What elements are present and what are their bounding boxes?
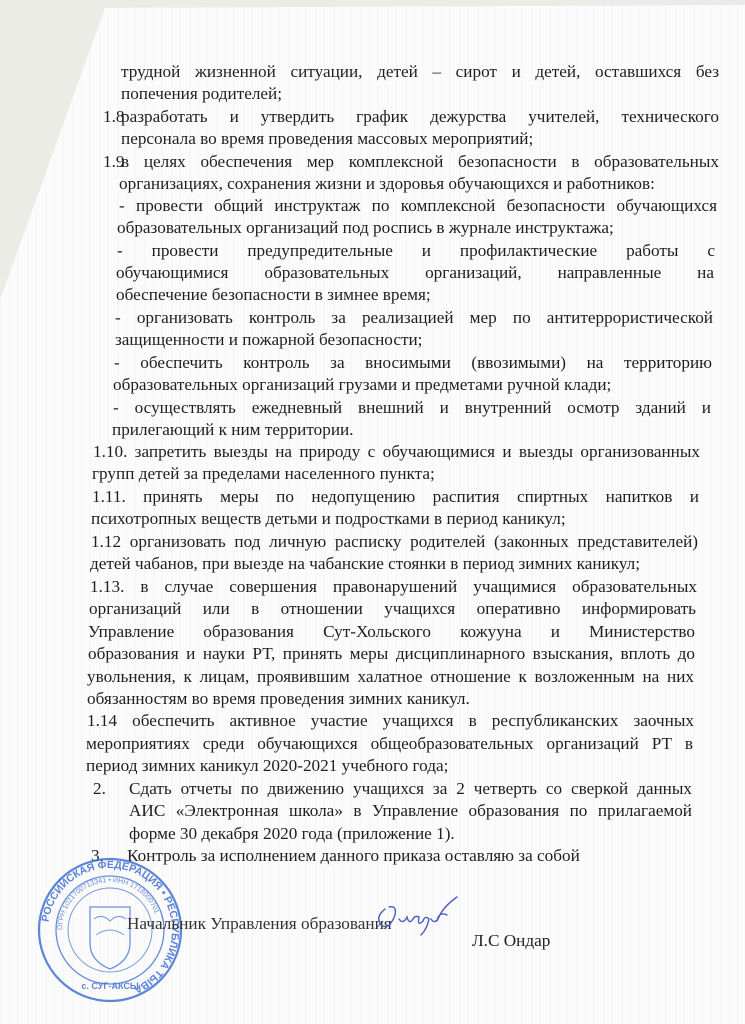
handwritten-signature-icon <box>373 895 463 937</box>
document-line: - организовать контроль за реализацией м… <box>115 307 713 328</box>
document-line: 1.13. в случае совершения правонарушений… <box>90 576 697 597</box>
document-line: попечения родителей; <box>121 83 719 104</box>
document-line: персонала во время проведения массовых м… <box>121 128 719 149</box>
document-line: - провести предупредительные и профилакт… <box>117 240 715 261</box>
document-line: организациях, сохранения жизни и здоровь… <box>119 173 717 194</box>
document-line: трудной жизненной ситуации, детей – сиро… <box>121 61 719 82</box>
document-line: увольнения, к лицам, проявившим халатное… <box>87 666 694 687</box>
document-line: - осуществлять ежедневный внешний и внут… <box>113 397 711 418</box>
document-line: детей чабанов, при выезде на чабанские с… <box>90 553 697 574</box>
document-line: - обеспечить контроль за вносимыми (ввоз… <box>114 352 712 373</box>
document-line: образования и науки РТ, принять меры дис… <box>88 643 695 664</box>
document-line: защищенности и пожарной безопасности; <box>115 329 713 350</box>
document-line: обязанностям во время проведения зимних … <box>87 688 694 709</box>
document-line: мероприятиях среди обучающихся общеобраз… <box>86 733 693 754</box>
document-line: Сдать отчеты по движению учащихся за 2 ч… <box>129 778 692 799</box>
document-line: разработать и утвердить график дежурства… <box>121 106 719 127</box>
item-number: 1.8 <box>103 106 124 127</box>
item-number: 2. <box>93 778 106 799</box>
signatory-position: Начальник Управления образования <box>127 914 392 934</box>
document-line: в целях обеспечения мер комплексной безо… <box>121 151 719 172</box>
svg-text:с. СУГ-АКСЫ: с. СУГ-АКСЫ <box>81 981 138 991</box>
document-line: 1.14 обеспечить активное участие учащихс… <box>87 710 694 731</box>
document-line: обеспечение безопасности в зимнее время; <box>116 284 714 305</box>
document-line: - провести общий инструктаж по комплексн… <box>119 195 717 216</box>
document-line: прилегающий к ним территории. <box>112 419 710 440</box>
document-line: обучающимися образовательных организаций… <box>116 262 714 283</box>
document-line: 1.10. запретить выезды на природу с обуч… <box>93 441 700 462</box>
document-line: 1.12 организовать под личную расписку ро… <box>91 531 698 552</box>
document-line: период зимних каникул 2020-2021 учебного… <box>86 755 693 776</box>
document-line: АИС «Электронная школа» в Управление обр… <box>129 800 692 821</box>
document-line: организаций или в отношении учащихся опе… <box>89 598 696 619</box>
item-number: 1.9 <box>103 151 124 172</box>
document-line: 1.11. принять меры по недопущению распит… <box>92 486 699 507</box>
document-line: психотропных веществ детьми и подросткам… <box>91 508 698 529</box>
document-line: образовательных организаций под роспись … <box>117 217 715 238</box>
document-line: Управление образования Сут-Хольского кож… <box>88 621 695 642</box>
document-line: групп детей за пределами населенного пун… <box>92 463 699 484</box>
document-line: форме 30 декабря 2020 года (приложение 1… <box>129 823 692 844</box>
document-line: Контроль за исполнением данного приказа … <box>127 845 690 866</box>
signatory-name: Л.С Ондар <box>472 931 550 951</box>
document-line: образовательных организаций грузами и пр… <box>113 374 711 395</box>
